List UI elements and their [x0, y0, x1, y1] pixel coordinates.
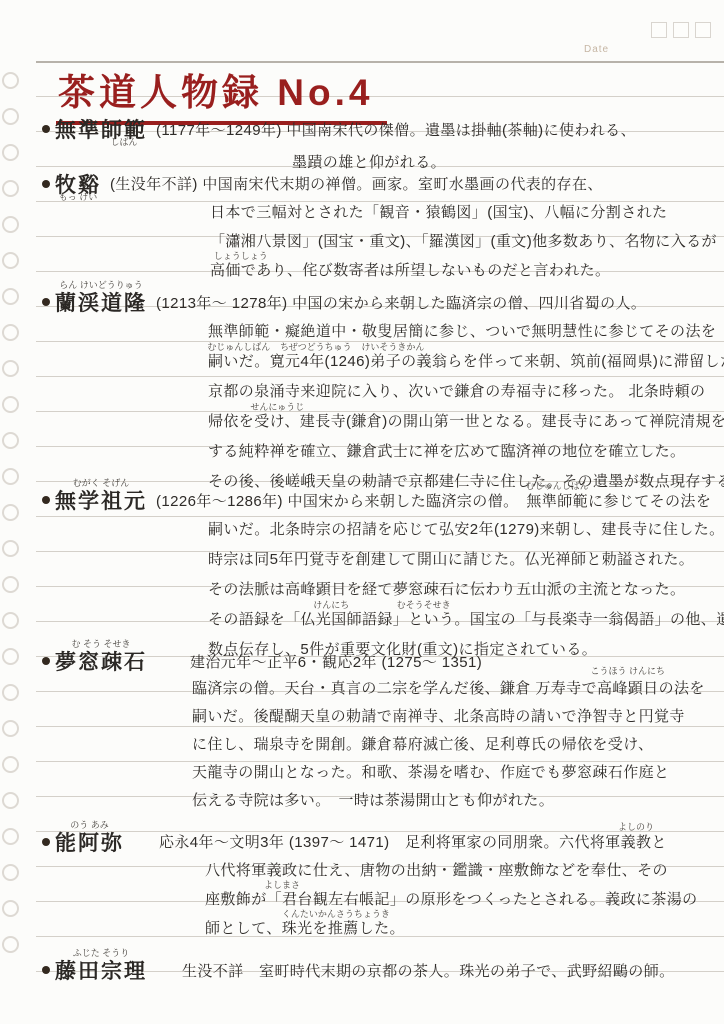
text-segment: 天龍寺の開山となった。和歌、茶湯を嗜む、作庭でも夢窓疎石作庭と: [192, 759, 669, 787]
ruby-annotated-text: 無準師範むじゅんしばん: [526, 490, 588, 511]
entry-line: 臨済宗の僧。天台・真言の二宗を学んだ後、鎌倉 万寿寺で高峰顕日こうほう けんにち…: [42, 675, 718, 703]
text-segment: ・: [347, 317, 362, 347]
furigana: もっ けい: [59, 193, 98, 202]
furigana: む そう そせき: [71, 640, 130, 649]
binder-hole: [2, 756, 19, 773]
entry-line: 高価であり、侘び数寄者は所望しないものだと言われた。: [42, 256, 718, 285]
text-segment: 時宗は同5年円覚寺を創建して開山に請じた。仏光禅師と勅謚された。: [208, 545, 694, 575]
entry-line: その法脈は高峰顕日けんにちを経て夢窓疎石むそうそせきに伝わり五山派の主流となった…: [42, 575, 718, 605]
binder-hole: [2, 720, 19, 737]
binder-hole: [2, 684, 19, 701]
entry-line: 時宗は同5年円覚寺を創建して開山に請じた。仏光禅師と勅謚された。: [42, 545, 718, 575]
person-name: 能阿弥のう あみ: [55, 827, 124, 857]
entry-line: する純粋禅を確立、鎌倉武士に禅を広めて臨済禅の地位を確立した。: [42, 437, 718, 467]
text-segment: 日本で三幅対とされた「観音・猿鶴図」(国宝)、八幅に分割された: [210, 198, 667, 227]
text-segment: 八代将軍: [205, 856, 267, 885]
ruby-annotated-text: 無準師範むじゅんしばん: [208, 317, 270, 347]
entry: 蘭渓道隆らん けいどうりゅう(1213年〜 1278年) 中国の宋から来朝した臨…: [42, 287, 718, 497]
text-segment: を経て: [347, 575, 393, 605]
bullet-icon: [42, 298, 50, 306]
furigana: のう あみ: [70, 821, 109, 830]
binder-hole: [2, 828, 19, 845]
text-segment: に参じ、ついで無明慧性に参じてその法を: [424, 317, 717, 347]
entry-head-row: 蘭渓道隆らん けいどうりゅう(1213年〜 1278年) 中国の宋から来朝した臨…: [42, 287, 718, 317]
bullet-icon: [42, 966, 50, 974]
entry-line: 師として、珠光を推薦した。: [42, 914, 718, 943]
binder-hole: [2, 288, 19, 305]
entry-line: その語録を「仏光国師語録」という。国宝の「与長楽寺一翁偈語」の他、遺墨が: [42, 605, 718, 635]
furigana: むがく そげん: [73, 479, 130, 488]
binder-hole: [2, 936, 19, 953]
entry-line: 帰依を受け、建長寺(鎌倉)の開山第一世となる。建長寺にあって禅院清規を厳守: [42, 407, 718, 437]
text-segment: 生没不詳 室町時代末期の京都の茶人。珠光の弟子で、武野紹鷗の師。: [182, 960, 675, 981]
bullet-icon: [42, 838, 50, 846]
furigana: ふじた そうり: [73, 949, 130, 958]
ruby-annotated-text: 顕日けんにち: [316, 575, 347, 605]
person-name: 無準師範しばん: [55, 114, 147, 144]
binder-hole: [2, 468, 19, 485]
ruby-annotated-text: 泉涌寺せんにゅうじ: [254, 377, 300, 407]
binder-hole: [2, 900, 19, 917]
entry-head-row: 無学祖元むがく そげん(1226年〜1286年) 中国宋から来朝した臨済宗の僧。…: [42, 485, 718, 515]
binder-hole: [2, 648, 19, 665]
person-name: 無学祖元むがく そげん: [55, 485, 147, 515]
text-segment: に仕え、唐物の出納・鑑識・座敷飾などを奉仕、その: [297, 856, 668, 885]
bullet-icon: [42, 496, 50, 504]
text-segment: 八景図」(国宝・重文)、「羅漢図」(重文)他多数あり、名物に入るが: [256, 227, 717, 256]
text-segment: (1226年〜1286年) 中国宋から来朝した臨済宗の僧。: [156, 490, 526, 511]
entry: 牧谿もっ けい(生没年不詳) 中国南宋代末期の禅僧。画家。室町水墨画の代表的存在…: [42, 169, 718, 285]
text-segment: と: [651, 831, 666, 852]
text-segment: に伝わり五山派の主流となった。: [454, 575, 685, 605]
binder-hole: [2, 612, 19, 629]
entry-line: (1213年〜 1278年) 中国の宋から来朝した臨済宗の僧、四川省蜀の人。: [156, 292, 646, 313]
ruby-annotated-text: 瀟湘しょうしょう: [225, 227, 256, 256]
text-segment: 師として、珠光を推薦した。: [205, 914, 405, 943]
furigana: らん けいどうりゅう: [59, 281, 143, 290]
bullet-icon: [42, 180, 50, 188]
ruby-annotated-text: 無学祖元むがく そげん: [55, 485, 147, 515]
text-segment: に住し、瑞泉寺を開創。鎌倉幕府滅亡後、足利尊氏の帰依を受け、: [192, 731, 653, 759]
person-name: 藤田宗理ふじた そうり: [55, 955, 147, 985]
entry-line: 生没不詳 室町時代末期の京都の茶人。珠光の弟子で、武野紹鷗の師。: [182, 960, 675, 981]
entry-head-row: 無準師範しばん(1177年〜1249年) 中国南宋代の傑僧。遺墨は掛軸(茶軸)に…: [42, 112, 718, 146]
binder-hole: [2, 324, 19, 341]
text-segment: (1177年〜1249年) 中国南宋代の傑僧。遺墨は掛軸(茶軸)に使われる、: [156, 119, 636, 140]
entry-line: 応永4年〜文明3年 (1397〜 1471) 足利将軍家の同朋衆。六代将軍 義教…: [159, 831, 667, 852]
ruby-annotated-text: 藤田宗理ふじた そうり: [55, 955, 147, 985]
entry-line: (生没年不詳) 中国南宋代末期の禅僧。画家。室町水墨画の代表的存在、: [110, 173, 603, 194]
binder-hole: [2, 144, 19, 161]
entry-head-row: 藤田宗理ふじた そうり生没不詳 室町時代末期の京都の茶人。珠光の弟子で、武野紹鷗…: [42, 955, 718, 985]
ruby-annotated-text: 君台観左右帳記くんたいかんさうちょうき: [282, 885, 390, 914]
ruby-annotated-text: 夢窓疎石む そう そせき: [55, 646, 147, 676]
entry-line: 建治元年〜正平6・観応2年 (1275〜 1351): [190, 651, 482, 672]
text-segment: (生没年不詳) 中国南宋代末期の禅僧。画家。室町水墨画の代表的存在、: [110, 173, 603, 194]
ruby-annotated-text: 高峰顕日こうほう けんにち: [597, 675, 659, 703]
entry-line: 日本で三幅対とされた「観音・猿鶴図」(国宝)、八幅に分割された: [42, 198, 718, 227]
checkbox-square: [651, 22, 667, 38]
corner-checkboxes: [651, 22, 711, 38]
text-segment: 無準: [55, 114, 101, 144]
notebook-page: { "page": { "title": "茶道人物録 No.4", "date…: [0, 0, 724, 1024]
entry-line: 天龍寺の開山となった。和歌、茶湯を嗜む、作庭でも夢窓疎石作庭と: [42, 759, 718, 787]
checkbox-square: [695, 22, 711, 38]
ruby-annotated-text: 癡絶道中ちぜつどうちゅう: [285, 317, 347, 347]
text-segment: 伝える寺院は多い。 一時は茶湯開山とも仰がれた。: [192, 787, 554, 815]
furigana: こうほう けんにち: [591, 667, 666, 676]
entry-line: に住し、瑞泉寺を開創。鎌倉幕府滅亡後、足利尊氏の帰依を受け、: [42, 731, 718, 759]
person-name: 蘭渓道隆らん けいどうりゅう: [55, 287, 147, 317]
text-segment: 嗣いだ。寛元4年(1246)弟子の義翁らを伴って来朝、筑前(福岡県)に滞留したあ…: [208, 347, 724, 377]
entry-head-row: 能阿弥のう あみ応永4年〜文明3年 (1397〜 1471) 足利将軍家の同朋衆…: [42, 827, 718, 856]
text-segment: 応永4年〜文明3年 (1397〜 1471) 足利将軍家の同朋衆。六代将軍: [159, 831, 621, 852]
entry-line: 京都の泉涌寺せんにゅうじ来迎院に入り、次いで鎌倉の寿福寺に移った。 北条時頼の: [42, 377, 718, 407]
text-segment: 嗣いだ。北条時宗の招請を応じて弘安2年(1279)来朝し、建長寺に住した。: [208, 515, 724, 545]
person-name: 牧谿もっ けい: [55, 169, 101, 199]
entry: 藤田宗理ふじた そうり生没不詳 室町時代末期の京都の茶人。珠光の弟子で、武野紹鷗…: [42, 955, 718, 985]
person-name: 夢窓疎石む そう そせき: [55, 646, 147, 676]
text-segment: 京都の: [208, 377, 254, 407]
binder-hole: [2, 576, 19, 593]
text-segment: その法脈は高峰: [208, 575, 316, 605]
ruby-annotated-text: 義政よしまさ: [267, 856, 298, 885]
entry-line: (1226年〜1286年) 中国宋から来朝した臨済宗の僧。 無準師範むじゅんしば…: [156, 490, 711, 511]
entry-line: 伝える寺院は多い。 一時は茶湯開山とも仰がれた。: [42, 787, 718, 815]
entry-line: 無準師範むじゅんしばん・癡絶道中ちぜつどうちゅう・敬叟居簡けいそうきかんに参じ、…: [42, 317, 718, 347]
text-segment: 建治元年〜正平6・観応2年 (1275〜 1351): [190, 651, 482, 672]
ruby-annotated-text: 蘭渓道隆らん けいどうりゅう: [55, 287, 147, 317]
ruby-annotated-text: 牧谿もっ けい: [55, 169, 101, 199]
binder-hole: [2, 252, 19, 269]
text-segment: その語録を「仏光国師語録」という。国宝の「与長楽寺一翁偈語」の他、遺墨が: [208, 605, 724, 635]
entry-line: (1177年〜1249年) 中国南宋代の傑僧。遺墨は掛軸(茶軸)に使われる、: [156, 119, 636, 140]
text-segment: 」の原形をつくったとされる。義政に茶湯の: [390, 885, 698, 914]
entry-line: 座敷飾が「君台観左右帳記くんたいかんさうちょうき」の原形をつくったとされる。義政…: [42, 885, 718, 914]
text-segment: の法を: [659, 675, 705, 703]
text-segment: 高価であり、侘び数寄者は所望しないものだと言われた。: [210, 256, 610, 285]
binder-hole: [2, 360, 19, 377]
entry-line: 嗣いだ。寛元4年(1246)弟子の義翁らを伴って来朝、筑前(福岡県)に滞留したあ…: [42, 347, 718, 377]
entry-line: 嗣いだ。北条時宗の招請を応じて弘安2年(1279)来朝し、建長寺に住した。: [42, 515, 718, 545]
entry-head-row: 牧谿もっ けい(生没年不詳) 中国南宋代末期の禅僧。画家。室町水墨画の代表的存在…: [42, 169, 718, 198]
binder-hole: [2, 216, 19, 233]
checkbox-square: [673, 22, 689, 38]
binder-hole: [2, 864, 19, 881]
furigana: よしのり: [618, 823, 654, 832]
binder-hole: [2, 108, 19, 125]
text-segment: (1213年〜 1278年) 中国の宋から来朝した臨済宗の僧、四川省蜀の人。: [156, 292, 646, 313]
bullet-icon: [42, 657, 50, 665]
furigana: むじゅんしばん: [526, 482, 589, 491]
ruby-annotated-text: 義教よしのり: [621, 831, 652, 852]
binder-hole: [2, 540, 19, 557]
binder-hole: [2, 504, 19, 521]
text-segment: する純粋禅を確立、鎌倉武士に禅を広めて臨済禅の地位を確立した。: [208, 437, 685, 467]
text-segment: 座敷飾が「: [205, 885, 282, 914]
binder-hole: [2, 72, 19, 89]
ruby-annotated-text: 夢窓疎石むそうそせき: [393, 575, 455, 605]
entry-line: 八代将軍義政よしまさに仕え、唐物の出納・鑑識・座敷飾などを奉仕、その: [42, 856, 718, 885]
entry: 能阿弥のう あみ応永4年〜文明3年 (1397〜 1471) 足利将軍家の同朋衆…: [42, 827, 718, 943]
binder-hole: [2, 396, 19, 413]
ruby-annotated-text: 敬叟居簡けいそうきかん: [362, 317, 424, 347]
binder-hole: [2, 180, 19, 197]
furigana: しばん: [110, 138, 137, 147]
entry-line: 「瀟湘しょうしょう八景図」(国宝・重文)、「羅漢図」(重文)他多数あり、名物に入…: [42, 227, 718, 256]
text-segment: に参じてその法を: [588, 490, 711, 511]
text-segment: 嗣いだ。後醍醐天皇の勅請で南禅寺、北条高時の請いで浄智寺と円覚寺: [192, 703, 685, 731]
entry: 無学祖元むがく そげん(1226年〜1286年) 中国宋から来朝した臨済宗の僧。…: [42, 485, 718, 665]
ruby-annotated-text: 能阿弥のう あみ: [55, 827, 124, 857]
text-segment: 来迎院に入り、次いで鎌倉の寿福寺に移った。 北条時頼の: [300, 377, 705, 407]
binder-hole: [2, 432, 19, 449]
entry-line: 嗣いだ。後醍醐天皇の勅請で南禅寺、北条高時の請いで浄智寺と円覚寺: [42, 703, 718, 731]
entry: 夢窓疎石む そう そせき建治元年〜正平6・観応2年 (1275〜 1351)臨済…: [42, 647, 718, 815]
bullet-icon: [42, 125, 50, 133]
text-segment: 帰依を受け、建長寺(鎌倉)の開山第一世となる。建長寺にあって禅院清規を厳守: [208, 407, 724, 437]
date-label: Date: [584, 44, 609, 55]
text-segment: 臨済宗の僧。天台・真言の二宗を学んだ後、鎌倉 万寿寺で: [192, 675, 597, 703]
binder-hole: [2, 792, 19, 809]
ruby-annotated-text: 師範しばん: [101, 114, 147, 144]
